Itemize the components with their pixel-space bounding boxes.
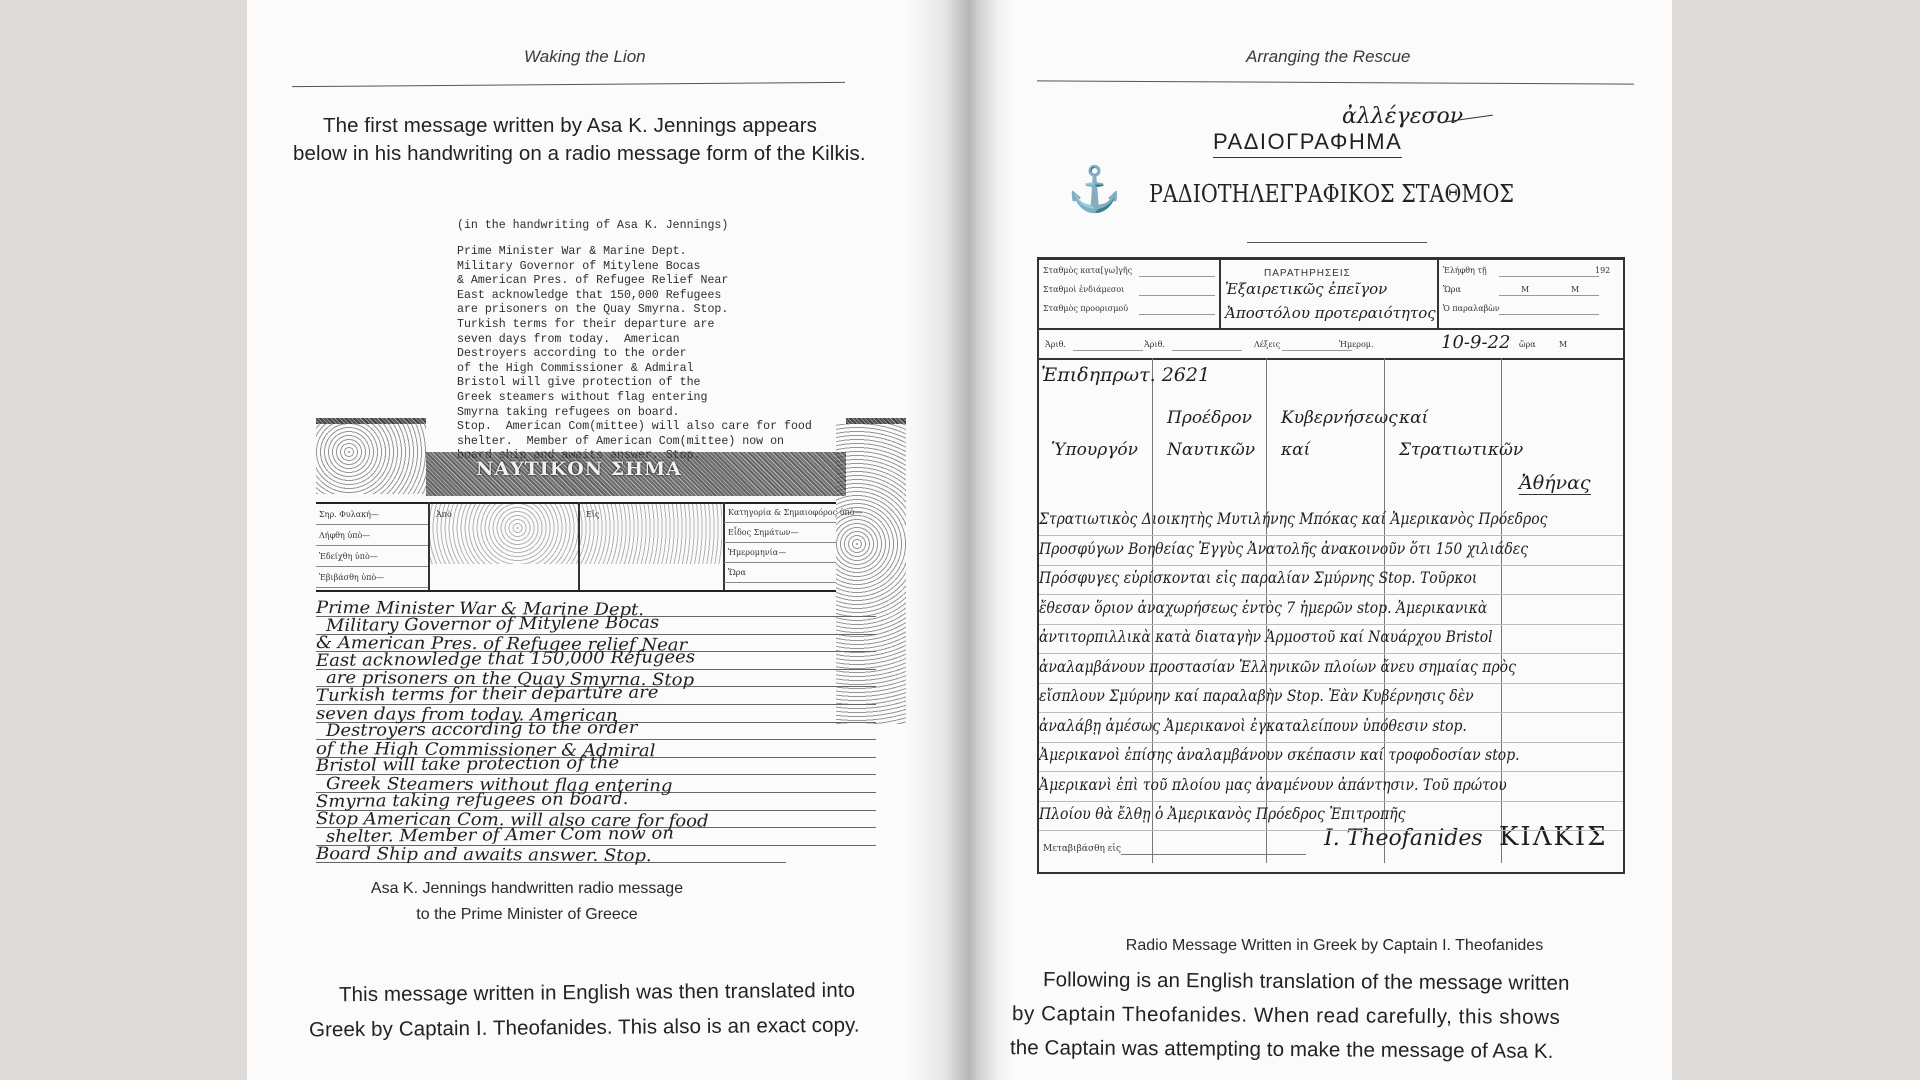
form-label: Σταθμὸς προορισμοῦ xyxy=(1043,304,1128,313)
form-label: Ὥρα xyxy=(728,568,746,577)
typed-line: Bristol will give protection of the xyxy=(457,376,701,391)
closing-line-2: Greek by Captain I. Theofanides. This al… xyxy=(309,1014,860,1043)
anchor-crown-icon: ⚓ xyxy=(1067,168,1122,212)
dotted-line xyxy=(1499,276,1599,277)
ruled-line xyxy=(1039,653,1623,654)
form-label: Εἶδος Σημάτων— xyxy=(728,528,799,537)
form-label: Λήφθη ὑπὸ— xyxy=(319,531,370,540)
dotted-line xyxy=(1282,350,1352,351)
ruled-line xyxy=(1039,830,1623,831)
left-page: Waking the Lion The first message writte… xyxy=(247,0,967,1080)
running-head-right: Arranging the Rescue xyxy=(1246,47,1410,67)
address-word: καί xyxy=(1399,408,1428,428)
date-m-label: Μ xyxy=(1559,340,1567,349)
form-rule xyxy=(724,582,836,583)
typed-line: East acknowledge that 150,000 Refugees xyxy=(457,289,721,304)
form-label: Ὥρα xyxy=(1443,285,1461,294)
form-rule xyxy=(316,524,428,525)
form-label: Κατηγορία & Σημαιοφόρος ὑπὸ— xyxy=(728,508,863,517)
dotted-line xyxy=(1499,295,1599,296)
address-city: Ἀθήνας xyxy=(1519,472,1591,495)
right-page: Arranging the Rescue ἀλλέγεσον ΡΑΔΙΟΓΡΑΦ… xyxy=(967,0,1672,1080)
handwritten-line: shelter. Member of Amer Com now on xyxy=(326,823,674,846)
greek-message-line: Πρόσφυγες εὑρίσκονται εἰς παραλίαν Σμύρν… xyxy=(1039,569,1477,587)
ruled-line xyxy=(1039,801,1623,802)
ship-name: ΚΙΛΚΙΣ xyxy=(1499,822,1608,852)
running-head-left: Waking the Lion xyxy=(524,47,646,67)
figure-caption-line-2: to the Prime Minister of Greece xyxy=(247,906,807,924)
form-rule xyxy=(1039,358,1623,360)
greek-message-line: Ἀμερικανοὶ ἐπίσης ἀναλαμβάνουν σκέπασιν … xyxy=(1039,746,1520,764)
header-rule xyxy=(292,82,845,87)
hour-m-label: Μ xyxy=(1571,285,1579,294)
ruled-line xyxy=(1039,565,1623,566)
ruled-line xyxy=(1039,624,1623,625)
form-label-to: Εἰς xyxy=(586,510,599,519)
form-rule xyxy=(724,542,836,543)
typed-line: Military Governor of Mitylene Bocas xyxy=(457,260,701,275)
form-label: Ὁ παραλαβὼν xyxy=(1443,304,1500,313)
figure-caption-line-1: Asa K. Jennings handwritten radio messag… xyxy=(247,880,807,898)
handwritten-line: Board Ship and awaits answer. Stop. xyxy=(316,844,652,866)
form-rule xyxy=(724,562,836,563)
closing-line-2: by Captain Theofanides. When read carefu… xyxy=(1012,1002,1561,1030)
greek-message-line: ἀναλάβῃ ἀμέσως Ἀμερικανοὶ ἐγκαταλείπουν … xyxy=(1039,717,1467,735)
form-label: Λέξεις xyxy=(1254,340,1280,349)
address-word: Κυβερνήσεως xyxy=(1281,408,1398,428)
form-label: Σταθμὸς κατα[γω]γῆς xyxy=(1043,266,1132,275)
protocol-number: Ἐπιδηπρωτ. 2621 xyxy=(1041,364,1210,386)
greek-radiogram-form: ΠΑΡΑΤΗΡΗΣΕΙΣ Ἐξαιρετικῶς ἐπεῖγον Ἀποστόλ… xyxy=(1037,257,1625,874)
bleed-through-text xyxy=(267,210,272,232)
form-rule xyxy=(316,566,428,567)
hour-m-label: Μ xyxy=(1521,285,1529,294)
greek-message-line: Στρατιωτικὸς Διοικητὴς Μυτιλήνης Μπόκας … xyxy=(1039,510,1547,528)
form-label: Ἡμερομ. xyxy=(1339,340,1374,349)
form-noise xyxy=(316,424,426,494)
form-label: Ἀριθ. xyxy=(1045,340,1066,349)
typed-note: (in the handwriting of Asa K. Jennings) xyxy=(457,219,728,234)
title-rule xyxy=(1247,242,1427,243)
dotted-line xyxy=(1172,350,1242,351)
form-label: Ἐλήφθη τῇ xyxy=(1443,266,1487,275)
dotted-line xyxy=(1139,295,1215,296)
form-noise xyxy=(430,504,722,564)
radiogram-title: ΡΑΔΙΟΓΡΑΦΗΜΑ xyxy=(1213,129,1402,158)
handwritten-radio-form: ΝΑΥΤΙΚΟΝ ΣΗΜΑ Ἀπὸ Εἰς Σηρ. Φυλακή—Λήφθη … xyxy=(316,418,906,863)
date-value: 10-9-22 xyxy=(1441,332,1510,353)
greek-message-line: ἀναλαμβάνουν προστασίαν Ἑλληνικῶν πλοίων… xyxy=(1039,658,1516,676)
greek-message-line: Προσφύγων Βοηθείας Ἐγγὺς Ἀνατολῆς ἀνακοι… xyxy=(1039,540,1528,558)
address-word: Ὑπουργόν xyxy=(1051,440,1138,460)
dotted-line xyxy=(1139,276,1215,277)
form-label: Ἡμερομηνία— xyxy=(728,548,786,557)
remarks-label: ΠΑΡΑΤΗΡΗΣΕΙΣ xyxy=(1264,268,1351,279)
date-hour-label: ὥρα xyxy=(1519,340,1536,349)
closing-line-1: This message written in English was then… xyxy=(339,979,855,1008)
figure-caption: Radio Message Written in Greek by Captai… xyxy=(967,937,1672,955)
handwritten-line: Destroyers according to the order xyxy=(326,718,638,741)
form-label: Σηρ. Φυλακή— xyxy=(319,510,379,519)
typed-line: are prisoners on the Quay Smyrna. Stop. xyxy=(457,303,728,318)
handwritten-line: Smyrna taking refugees on board. xyxy=(316,789,629,812)
station-title: ΡΑΔΙΟΤΗΛΕΓΡΑΦΙΚΟΣ ΣΤΑΘΜΟΣ xyxy=(1149,180,1514,208)
dotted-line xyxy=(1073,350,1143,351)
form-noise xyxy=(836,424,906,724)
handwritten-line: Turkish terms for their departure are xyxy=(316,683,659,706)
form-title: ΝΑΥΤΙΚΟΝ ΣΗΜΑ xyxy=(476,458,682,480)
intro-line-2: below in his handwriting on a radio mess… xyxy=(293,142,866,166)
form-rule xyxy=(1039,328,1623,330)
ruled-line xyxy=(1039,594,1623,595)
address-word: καί xyxy=(1281,440,1310,460)
address-word: Προέδρον xyxy=(1167,408,1252,428)
greek-message-line: ἀντιτορπιλλικὰ κατὰ διαταγὴν Ἁρμοστοῦ κα… xyxy=(1039,628,1493,646)
typed-line: of the High Commissioner & Admiral xyxy=(457,362,694,377)
remarks-handwritten-1: Ἐξαιρετικῶς ἐπεῖγον xyxy=(1225,280,1387,298)
form-rule xyxy=(316,590,836,592)
greek-message-line: Πλοίου θὰ ἔλθῃ ὁ Ἀμερικανὸς Πρόεδρος Ἐπι… xyxy=(1039,805,1405,823)
closing-line-1: Following is an English translation of t… xyxy=(1043,968,1570,996)
form-label: Ἀριθ. xyxy=(1144,340,1165,349)
typed-line: Prime Minister War & Marine Dept. xyxy=(457,245,687,260)
form-rule xyxy=(316,545,428,546)
ruled-line xyxy=(1039,712,1623,713)
form-label: Ἐβιβάσθη ὑπὸ— xyxy=(319,573,384,582)
dotted-line xyxy=(1139,314,1215,315)
ruled-line xyxy=(1039,742,1623,743)
typed-line: seven days from today. American xyxy=(457,333,680,348)
received-year: 192 xyxy=(1595,266,1610,275)
address-word: Στρατιωτικῶν xyxy=(1399,440,1523,460)
handwritten-note-top: ἀλλέγεσον xyxy=(1342,104,1463,129)
forwarded-line xyxy=(1121,854,1306,855)
form-divider xyxy=(1437,260,1439,328)
handwritten-line: East acknowledge that 150,000 Refugees xyxy=(316,647,695,671)
ruled-line xyxy=(1039,535,1623,536)
form-rule xyxy=(724,522,836,523)
form-label-from: Ἀπὸ xyxy=(436,510,452,519)
header-rule xyxy=(1037,80,1634,84)
forwarded-label: Μεταβιβάσθη εἰς xyxy=(1043,844,1121,854)
remarks-handwritten-2: Ἀποστόλου προτεραιότητος xyxy=(1225,304,1436,322)
intro-line-1: The first message written by Asa K. Jenn… xyxy=(323,114,817,138)
address-word: Ναυτικῶν xyxy=(1167,440,1255,460)
closing-line-3: the Captain was attempting to make the m… xyxy=(1010,1036,1554,1064)
typed-line: Greek steamers without flag entering xyxy=(457,391,707,406)
form-divider xyxy=(723,502,725,590)
greek-message-line: Ἀμερικανὶ ἐπὶ τοῦ πλοίου μας ἀναμένουν ἀ… xyxy=(1039,776,1507,794)
dotted-line xyxy=(1499,314,1599,315)
form-divider xyxy=(1219,260,1221,328)
form-label: Ἐδείχθη ὑπὸ— xyxy=(319,552,378,561)
ruled-line xyxy=(1039,683,1623,684)
handwritten-line: Military Governor of Mitylene Bocas xyxy=(326,612,659,635)
ruled-line xyxy=(1039,771,1623,772)
greek-message-line: εἴσπλουν Σμύρνην καί παραλαβὴν Stop. Ἐὰν… xyxy=(1039,687,1474,705)
typed-line: Turkish terms for their departure are xyxy=(457,318,714,333)
handwritten-line: Bristol will take protection of the xyxy=(316,753,619,776)
typed-line: & American Pres. of Refugee Relief Near xyxy=(457,274,728,289)
form-label: Σταθμοὶ ἐνδιάμεσοι xyxy=(1043,285,1124,294)
typed-line: Destroyers according to the order xyxy=(457,347,687,362)
greek-message-line: ἔθεσαν ὅριον ἀναχωρήσεως ἐντὸς 7 ἡμερῶν … xyxy=(1039,599,1487,617)
form-rule xyxy=(316,587,428,588)
